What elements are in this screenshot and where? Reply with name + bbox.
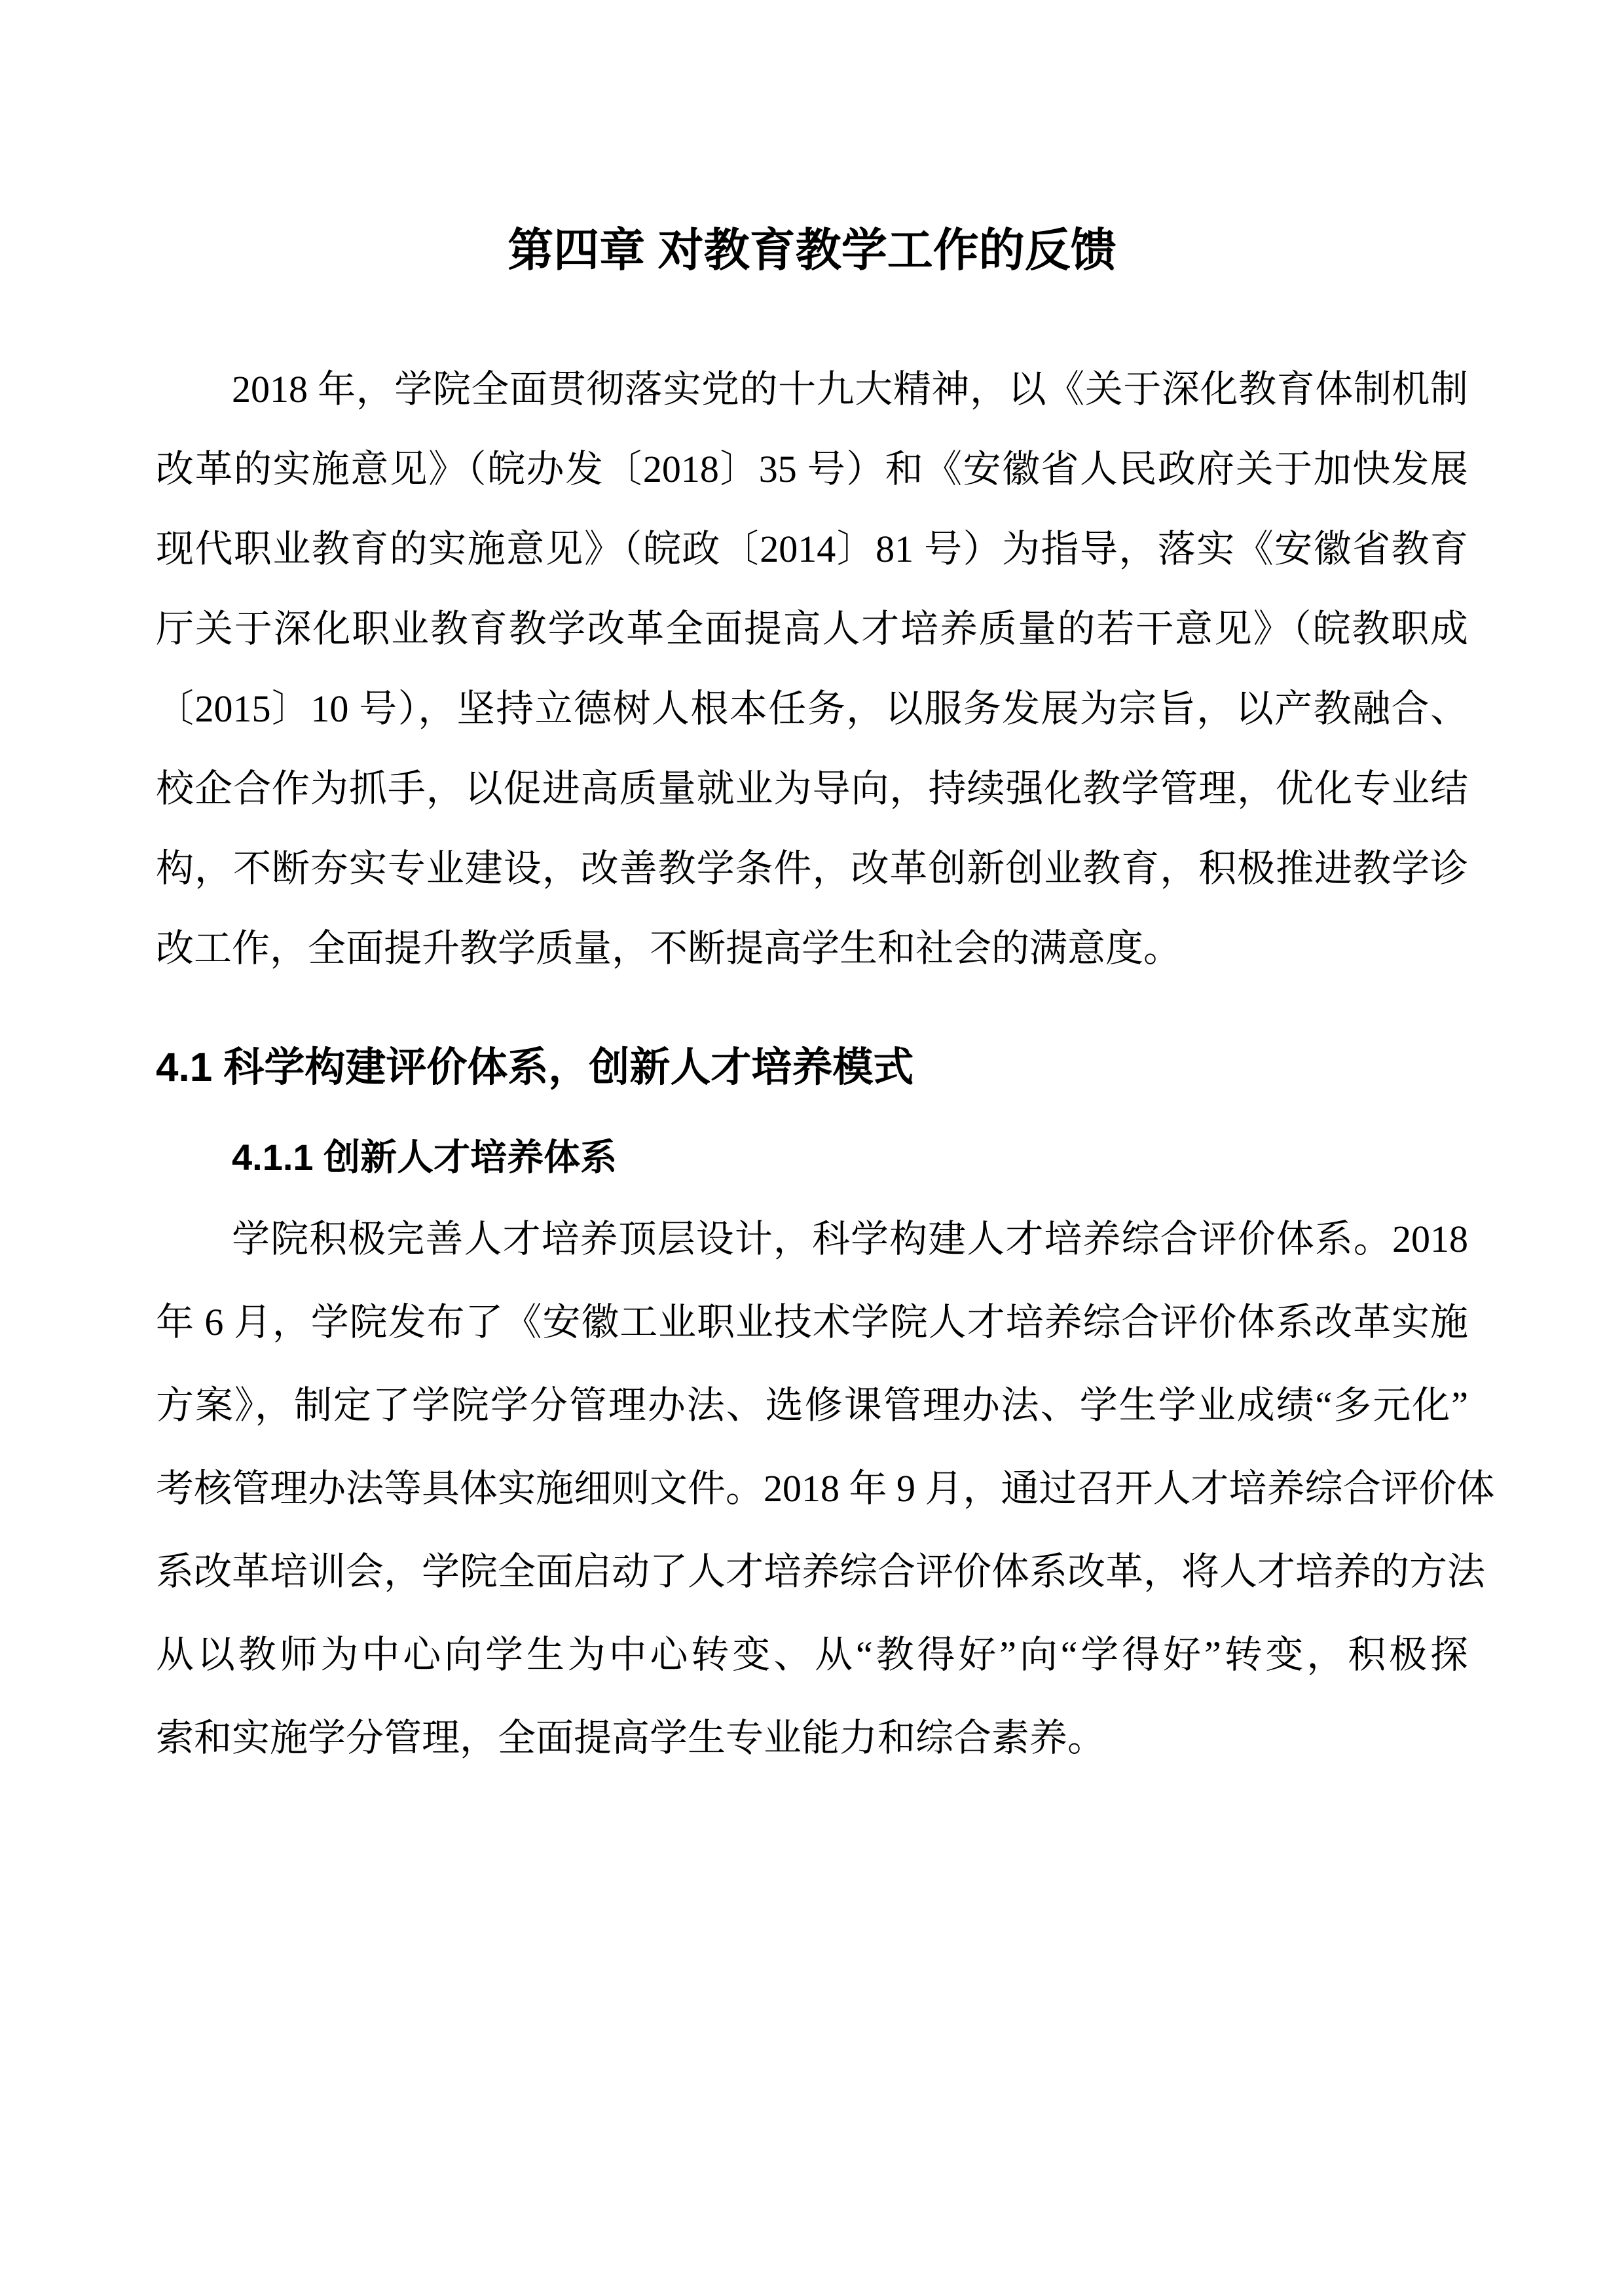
section-heading-4-1: 4.1 科学构建评价体系，创新人才培养模式 — [156, 1028, 1468, 1108]
body-line: 系改革培训会，学院全面启动了人才培养综合评价体系改革，将人才培养的方法 — [156, 1530, 1468, 1613]
chapter-title: 第四章 对教育教学工作的反馈 — [156, 220, 1468, 280]
body-line: 学院积极完善人才培养顶层设计，科学构建人才培养综合评价体系。2018 — [156, 1197, 1468, 1281]
body-line: 改工作，全面提升教学质量，不断提高学生和社会的满意度。 — [156, 909, 1468, 989]
document-page: 第四章 对教育教学工作的反馈 2018 年，学院全面贯彻落实党的十九大精神，以《… — [0, 0, 1624, 2296]
body-line: 2018 年，学院全面贯彻落实党的十九大精神，以《关于深化教育体制机制 — [156, 350, 1468, 429]
body-line: 现代职业教育的实施意见》（皖政〔2014〕81 号）为指导，落实《安徽省教育 — [156, 509, 1468, 589]
body-line: 年 6 月，学院发布了《安徽工业职业技术学院人才培养综合评价体系改革实施 — [156, 1281, 1468, 1364]
paragraph-1: 2018 年，学院全面贯彻落实党的十九大精神，以《关于深化教育体制机制 改革的实… — [156, 350, 1468, 989]
body-line: 〔2015〕10 号），坚持立德树人根本任务，以服务发展为宗旨，以产教融合、 — [156, 669, 1468, 749]
body-line: 改革的实施意见》（皖办发〔2018〕35 号）和《安徽省人民政府关于加快发展 — [156, 429, 1468, 509]
body-line: 从以教师为中心向学生为中心转变、从“教得好”向“学得好”转变，积极探 — [156, 1613, 1468, 1696]
body-line: 校企合作为抓手，以促进高质量就业为导向，持续强化教学管理，优化专业结 — [156, 749, 1468, 829]
body-line: 方案》，制定了学院学分管理办法、选修课管理办法、学生学业成绩“多元化” — [156, 1364, 1468, 1447]
body-line: 构，不断夯实专业建设，改善教学条件，改革创新创业教育，积极推进教学诊 — [156, 829, 1468, 909]
paragraph-2: 学院积极完善人才培养顶层设计，科学构建人才培养综合评价体系。2018 年 6 月… — [156, 1197, 1468, 1779]
body-line: 索和实施学分管理，全面提高学生专业能力和综合素养。 — [156, 1696, 1468, 1779]
body-line: 厅关于深化职业教育教学改革全面提高人才培养质量的若干意见》（皖教职成 — [156, 589, 1468, 669]
subsection-heading-4-1-1: 4.1.1 创新人才培养体系 — [232, 1118, 1468, 1197]
body-line: 考核管理办法等具体实施细则文件。2018 年 9 月，通过召开人才培养综合评价体 — [156, 1447, 1468, 1530]
